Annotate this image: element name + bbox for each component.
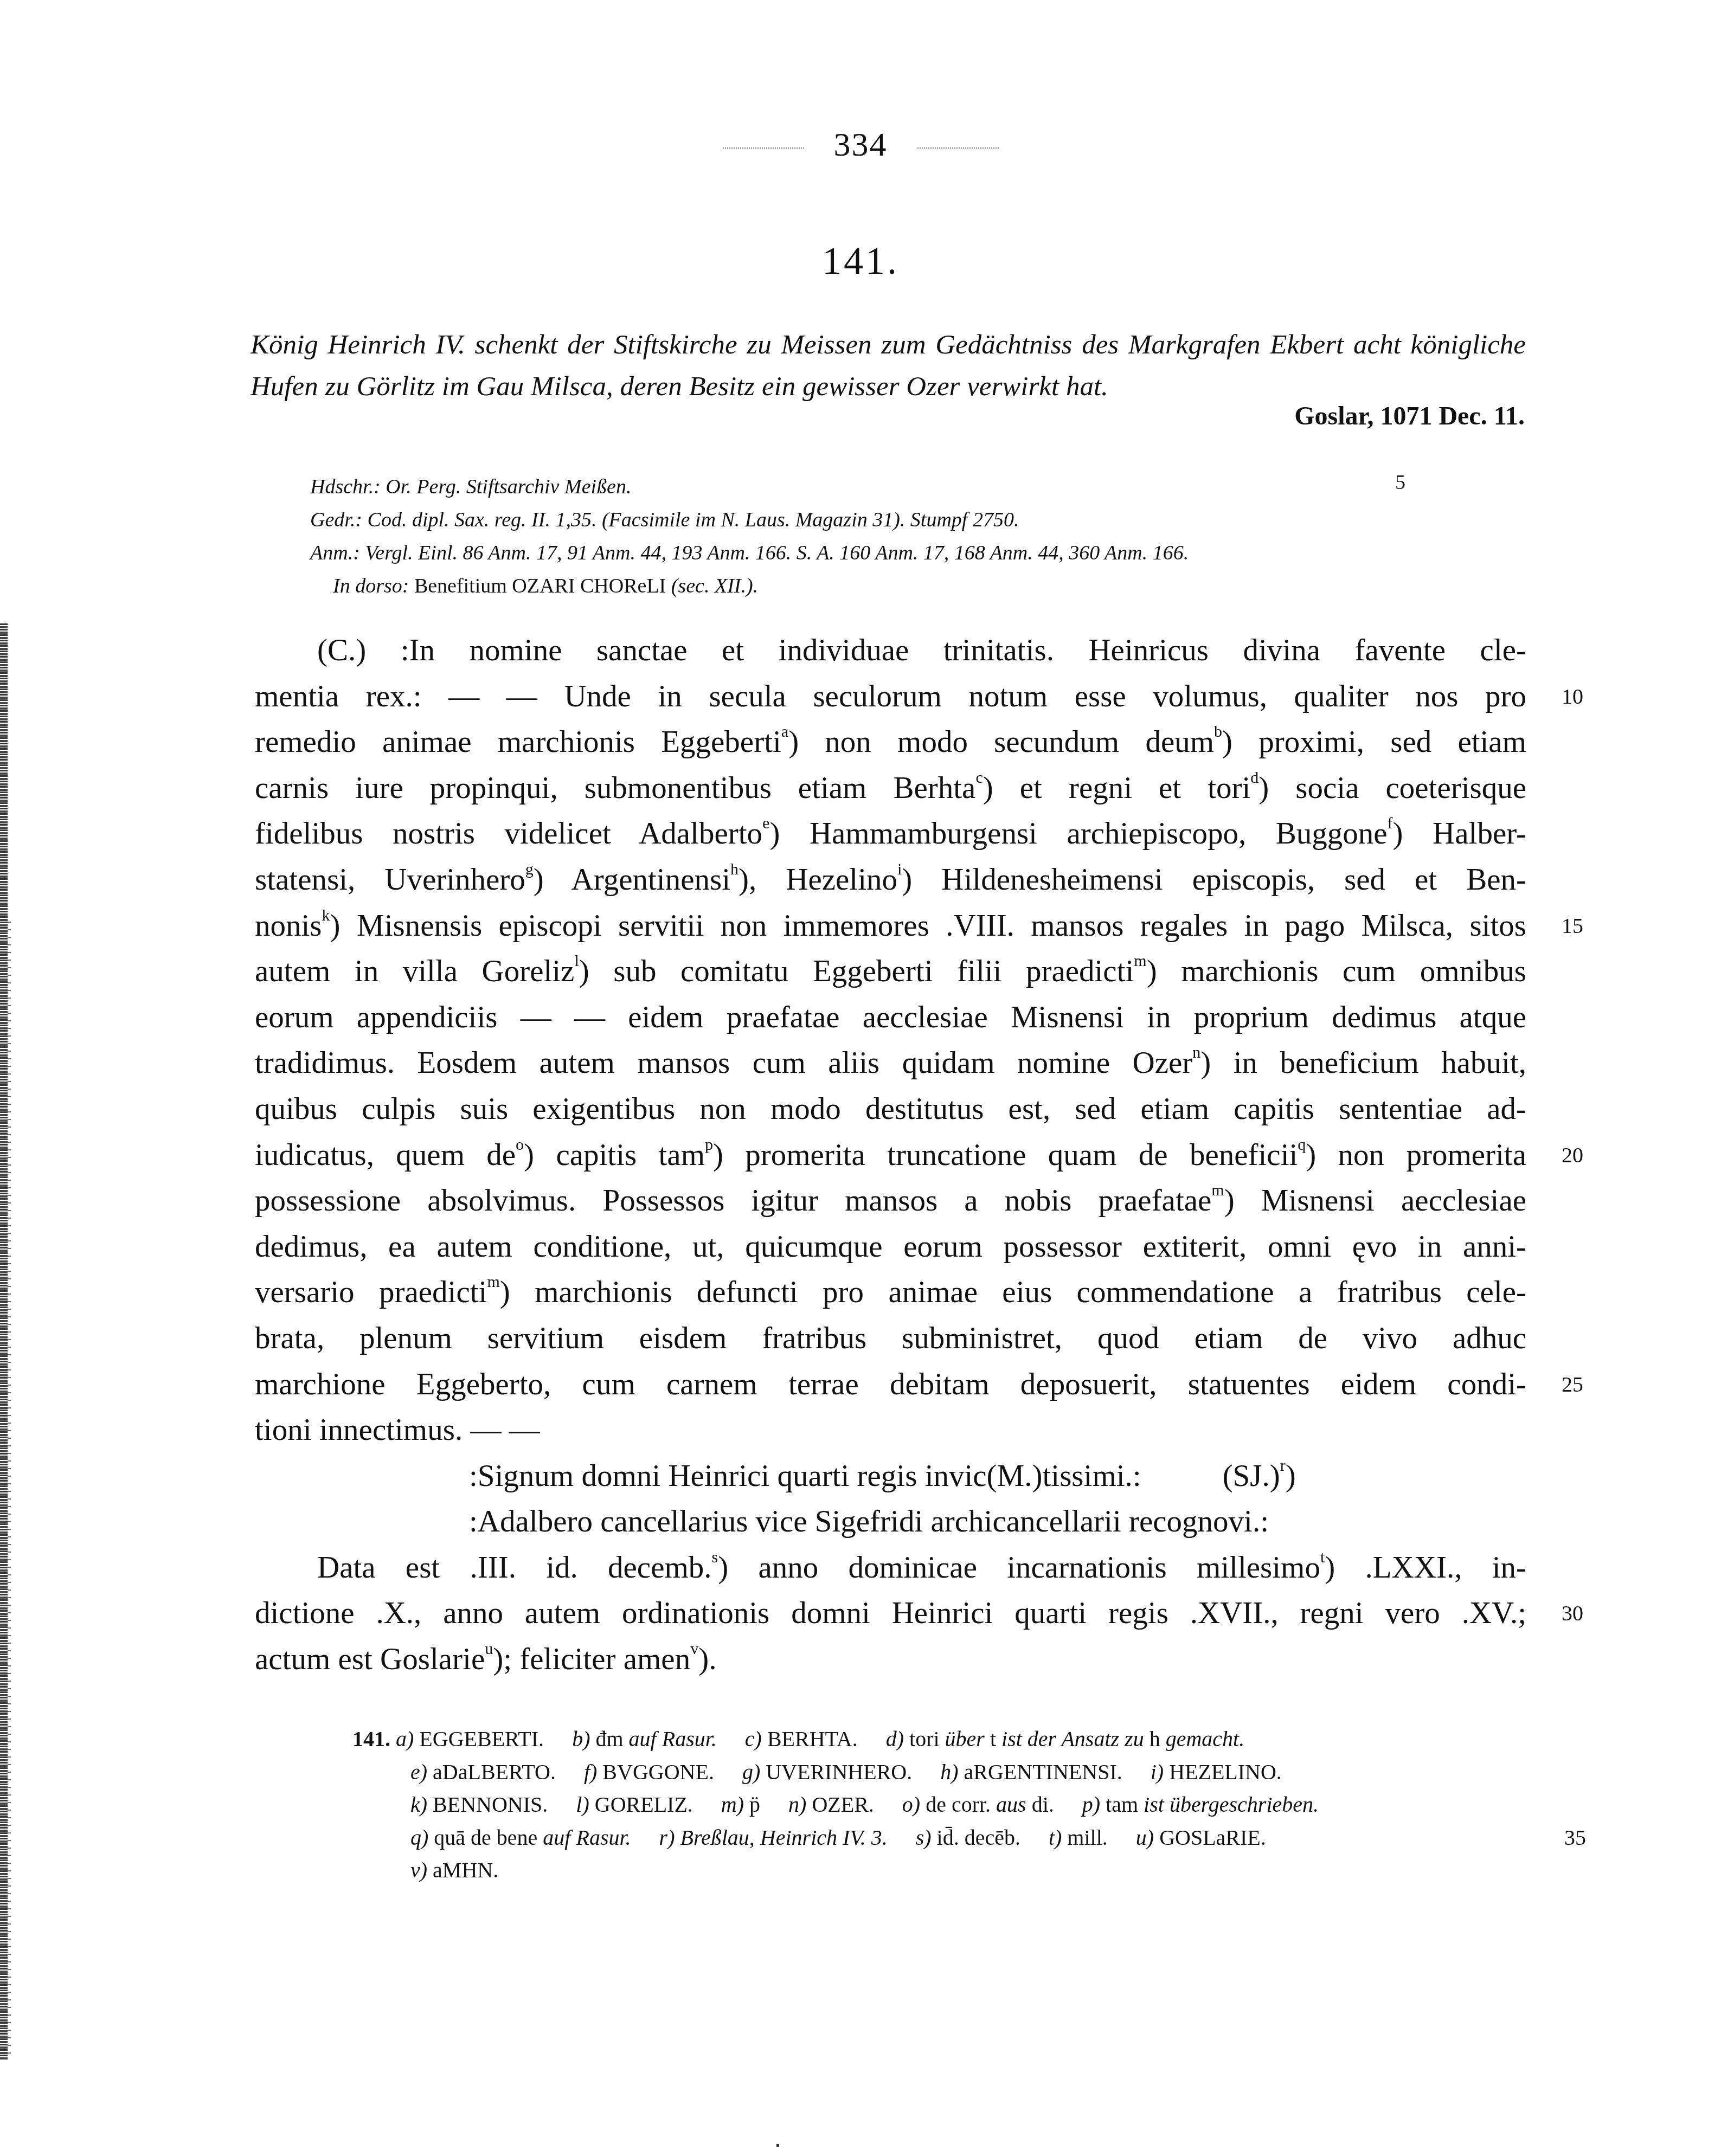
footnote-key: c) [745, 1727, 762, 1751]
footnote-comment: auf Rasur. [543, 1825, 636, 1850]
document-number: 141. [0, 239, 1721, 284]
footnote-comment: aus [996, 1792, 1032, 1817]
margin-line-number: 35 [1564, 1822, 1586, 1855]
footnote-comment: ist der Ansatz zu [1001, 1727, 1150, 1751]
source-anm: Anm.: Vergl. Einl. 86 Anm. 17, 91 Anm. 4… [310, 537, 1557, 570]
footnotes: 141. a) EGGEBERTI. b) đm auf Rasur. c) B… [352, 1723, 1553, 1887]
scan-artifact-left-edge-secondary [8, 922, 11, 2060]
footnote-item: a) EGGEBERTI. [396, 1727, 549, 1751]
footnote-item: e) aDaLBERTO. [410, 1760, 561, 1784]
scan-artifact-left-edge [0, 623, 8, 2060]
footnote-item: s) id̄. decēb. [916, 1825, 1026, 1850]
text-line: fidelibus nostris videlicet Adalbertoe) … [255, 811, 1526, 857]
margin-line-number: 10 [1562, 674, 1583, 720]
footnote-marker: q [1298, 1136, 1306, 1154]
footnote-key: g) [742, 1760, 760, 1784]
source-text: Vergl. Einl. 86 Anm. 17, 91 Anm. 44, 193… [365, 542, 1189, 564]
footnote-item: r) Breßlau, Heinrich IV. 3. [659, 1825, 893, 1850]
text-line: iudicatus, quem deo) capitis tamp) prome… [255, 1132, 1526, 1179]
footnote-item: t) mill. [1049, 1825, 1113, 1850]
page-number-rule-left [723, 147, 804, 149]
footnote-key: n) [788, 1792, 806, 1817]
text-line: marchione Eggeberto, cum carnem terrae d… [255, 1362, 1526, 1408]
text-line: quibus culpis suis exigentibus non modo … [255, 1086, 1526, 1132]
footnote-marker: h [730, 860, 739, 878]
footnote-item: h) aRGENTINENSI. [940, 1760, 1128, 1784]
source-label: Gedr.: [310, 509, 362, 531]
footnote-marker: m [1211, 1181, 1224, 1199]
footnote-key: u) [1136, 1825, 1154, 1850]
margin-line-number: 25 [1562, 1362, 1583, 1408]
footnote-key: t) [1049, 1825, 1062, 1850]
footnote-marker: k [322, 906, 330, 924]
margin-line-number: 20 [1562, 1132, 1583, 1179]
footnote-marker: s [712, 1548, 718, 1566]
footnote-marker: m [1134, 952, 1146, 970]
footnote-marker: p [705, 1136, 713, 1154]
footnote-marker: g [525, 860, 534, 878]
charter-summary-headline: König Heinrich IV. schenkt der Stiftskir… [251, 324, 1526, 408]
footnote-comment: ist übergeschrieben. [1144, 1792, 1319, 1817]
footnote-comment: gemacht. [1166, 1727, 1245, 1751]
text-line: nonisk) Misnensis episcopi servitii non … [255, 903, 1526, 949]
source-label: Hdschr.: [310, 475, 381, 498]
page-number-text: 334 [834, 126, 888, 163]
footnote-marker: e [762, 814, 769, 832]
page-number: 334 [0, 126, 1721, 164]
footnote-key: b) [572, 1727, 590, 1751]
footnote-key: o) [902, 1792, 920, 1817]
source-in-dorso: In dorso: Benefitium OZARI CHOReLI (sec.… [310, 570, 1557, 603]
footnote-item: i) HEZELINO. [1151, 1760, 1282, 1784]
footnote-marker: l [574, 952, 579, 970]
source-gedr: Gedr.: Cod. dipl. Sax. reg. II. 1,35. (F… [310, 504, 1557, 537]
footnote-key: i) [1151, 1760, 1164, 1784]
footnote-marker: a [781, 723, 788, 741]
footnote-marker: m [487, 1273, 499, 1291]
text-line: mentia rex.: — — Unde in secula seculoru… [255, 674, 1526, 720]
footnote-marker: n [1192, 1044, 1200, 1061]
footnote-marker: u [485, 1640, 493, 1658]
footnote-row: e) aDaLBERTO. f) BVGGONE. g) UVERINHERO.… [352, 1756, 1553, 1789]
footnote-marker: f [1388, 814, 1393, 832]
footnote-key: q) [410, 1825, 428, 1850]
dateline: Goslar, 1071 Dec. 11. [1294, 401, 1525, 431]
text-line: versario praedictim) marchionis defuncti… [255, 1270, 1526, 1316]
footnote-comment: Breßlau, Heinrich IV. 3. [680, 1825, 892, 1850]
footnote-item: q) quā de bene auf Rasur. [410, 1825, 637, 1850]
footnote-comment: auf Rasur. [629, 1727, 722, 1751]
footnote-marker: o [516, 1136, 524, 1154]
text-line: (C.) :In nomine sanctae et individuae tr… [255, 628, 1526, 674]
footnote-item: c) BERHTA. [745, 1727, 863, 1751]
footnote-item: l) GORELIZ. [576, 1792, 698, 1817]
footnote-item: k) BENNONIS. [410, 1792, 553, 1817]
source-text: Or. Perg. Stiftsarchiv Meißen. [386, 475, 631, 498]
footnote-key: e) [410, 1760, 427, 1784]
footnote-key: f) [584, 1760, 597, 1784]
footnote-item: o) de corr. aus di. [902, 1792, 1059, 1817]
dating-line: actum est Goslarieu); feliciter amenv). [255, 1637, 1526, 1683]
source-hdschr: Hdschr.: Or. Perg. Stiftsarchiv Meißen. [310, 471, 1557, 504]
footnote-item: m) p̈ [721, 1792, 766, 1817]
source-label: In dorso: [333, 575, 409, 597]
text-line: statensi, Uverinherog) Argentinensih), H… [255, 857, 1526, 903]
footnote-item: b) đm auf Rasur. [572, 1727, 722, 1751]
margin-line-number: 30 [1562, 1591, 1583, 1637]
footnote-marker: b [1214, 723, 1222, 741]
footnote-item: f) BVGGONE. [584, 1760, 720, 1784]
scan-speck [776, 2144, 779, 2147]
footnote-marker: r [1280, 1457, 1286, 1475]
text-line: autem in villa Gorelizl) sub comitatu Eg… [255, 949, 1526, 995]
footnote-row: q) quā de bene auf Rasur. r) Breßlau, He… [352, 1822, 1553, 1855]
footnote-marker: t [1320, 1548, 1325, 1566]
footnote-item: d) tori über t ist der Ansatz zu h gemac… [886, 1727, 1244, 1751]
sources-apparatus: Hdschr.: Or. Perg. Stiftsarchiv Meißen. … [310, 471, 1557, 603]
text-line: eorum appendiciis — — eidem praefatae ae… [255, 995, 1526, 1041]
charter-text: (C.) :In nomine sanctae et individuae tr… [255, 628, 1526, 1683]
footnote-key: p) [1082, 1792, 1100, 1817]
footnote-item: p) tam ist übergeschrieben. [1082, 1792, 1319, 1817]
text-line: brata, plenum servitium eisdem fratribus… [255, 1316, 1526, 1362]
dorsal-note-text: Benefitium OZARI CHOReLI [414, 575, 666, 597]
text-line: carnis iure propinqui, submonentibus eti… [255, 765, 1526, 812]
recognition-line: :Adalbero cancellarius vice Sigefridi ar… [255, 1499, 1526, 1545]
text-line: dedimus, ea autem conditione, ut, quicum… [255, 1224, 1526, 1270]
footnote-key: m) [721, 1792, 744, 1817]
text-line: tioni innectimus. — — [255, 1407, 1526, 1453]
footnote-item: n) OZER. [788, 1792, 879, 1817]
source-label: Anm.: [310, 542, 360, 564]
text-line: remedio animae marchionis Eggebertia) no… [255, 719, 1526, 765]
footnote-marker: i [897, 860, 902, 878]
footnote-key: r) [659, 1825, 675, 1850]
footnote-key: v) [410, 1858, 427, 1882]
page-number-rule-right [917, 147, 999, 149]
footnote-key: k) [410, 1792, 427, 1817]
footnote-comment: über [945, 1727, 990, 1751]
footnote-key: a) [396, 1727, 414, 1751]
source-text: Cod. dipl. Sax. reg. II. 1,35. (Facsimil… [368, 509, 1019, 531]
footnote-marker: v [690, 1640, 698, 1658]
dating-line: Data est .III. id. decemb.s) anno domini… [255, 1545, 1526, 1591]
footnote-item: v) aMHN. [410, 1858, 498, 1882]
text-line: tradidimus. Eosdem autem mansos cum alii… [255, 1040, 1526, 1086]
dating-line: dictione .X., anno autem ordinationis do… [255, 1591, 1526, 1637]
margin-line-number: 15 [1562, 903, 1583, 949]
footnote-number: 141. [352, 1727, 390, 1751]
footnote-key: l) [576, 1792, 589, 1817]
text-line: possessione absolvimus. Possessos igitur… [255, 1178, 1526, 1224]
footnote-key: s) [916, 1825, 932, 1850]
margin-line-number: 5 [1395, 466, 1405, 499]
footnote-marker: c [975, 769, 982, 787]
footnote-item: u) GOSLaRIE. [1136, 1825, 1266, 1850]
footnote-row: 141. a) EGGEBERTI. b) đm auf Rasur. c) B… [352, 1723, 1553, 1756]
footnote-item: g) UVERINHERO. [742, 1760, 917, 1784]
footnote-key: d) [886, 1727, 904, 1751]
dorsal-note-date: (sec. XII.). [671, 575, 758, 597]
signum-line: :Signum domni Heinrici quarti regis invi… [255, 1453, 1526, 1499]
footnote-marker: d [1250, 769, 1258, 787]
footnote-row: k) BENNONIS. l) GORELIZ. m) p̈ n) OZER. … [352, 1788, 1553, 1822]
footnote-row: v) aMHN. [352, 1854, 1553, 1887]
footnote-key: h) [940, 1760, 958, 1784]
